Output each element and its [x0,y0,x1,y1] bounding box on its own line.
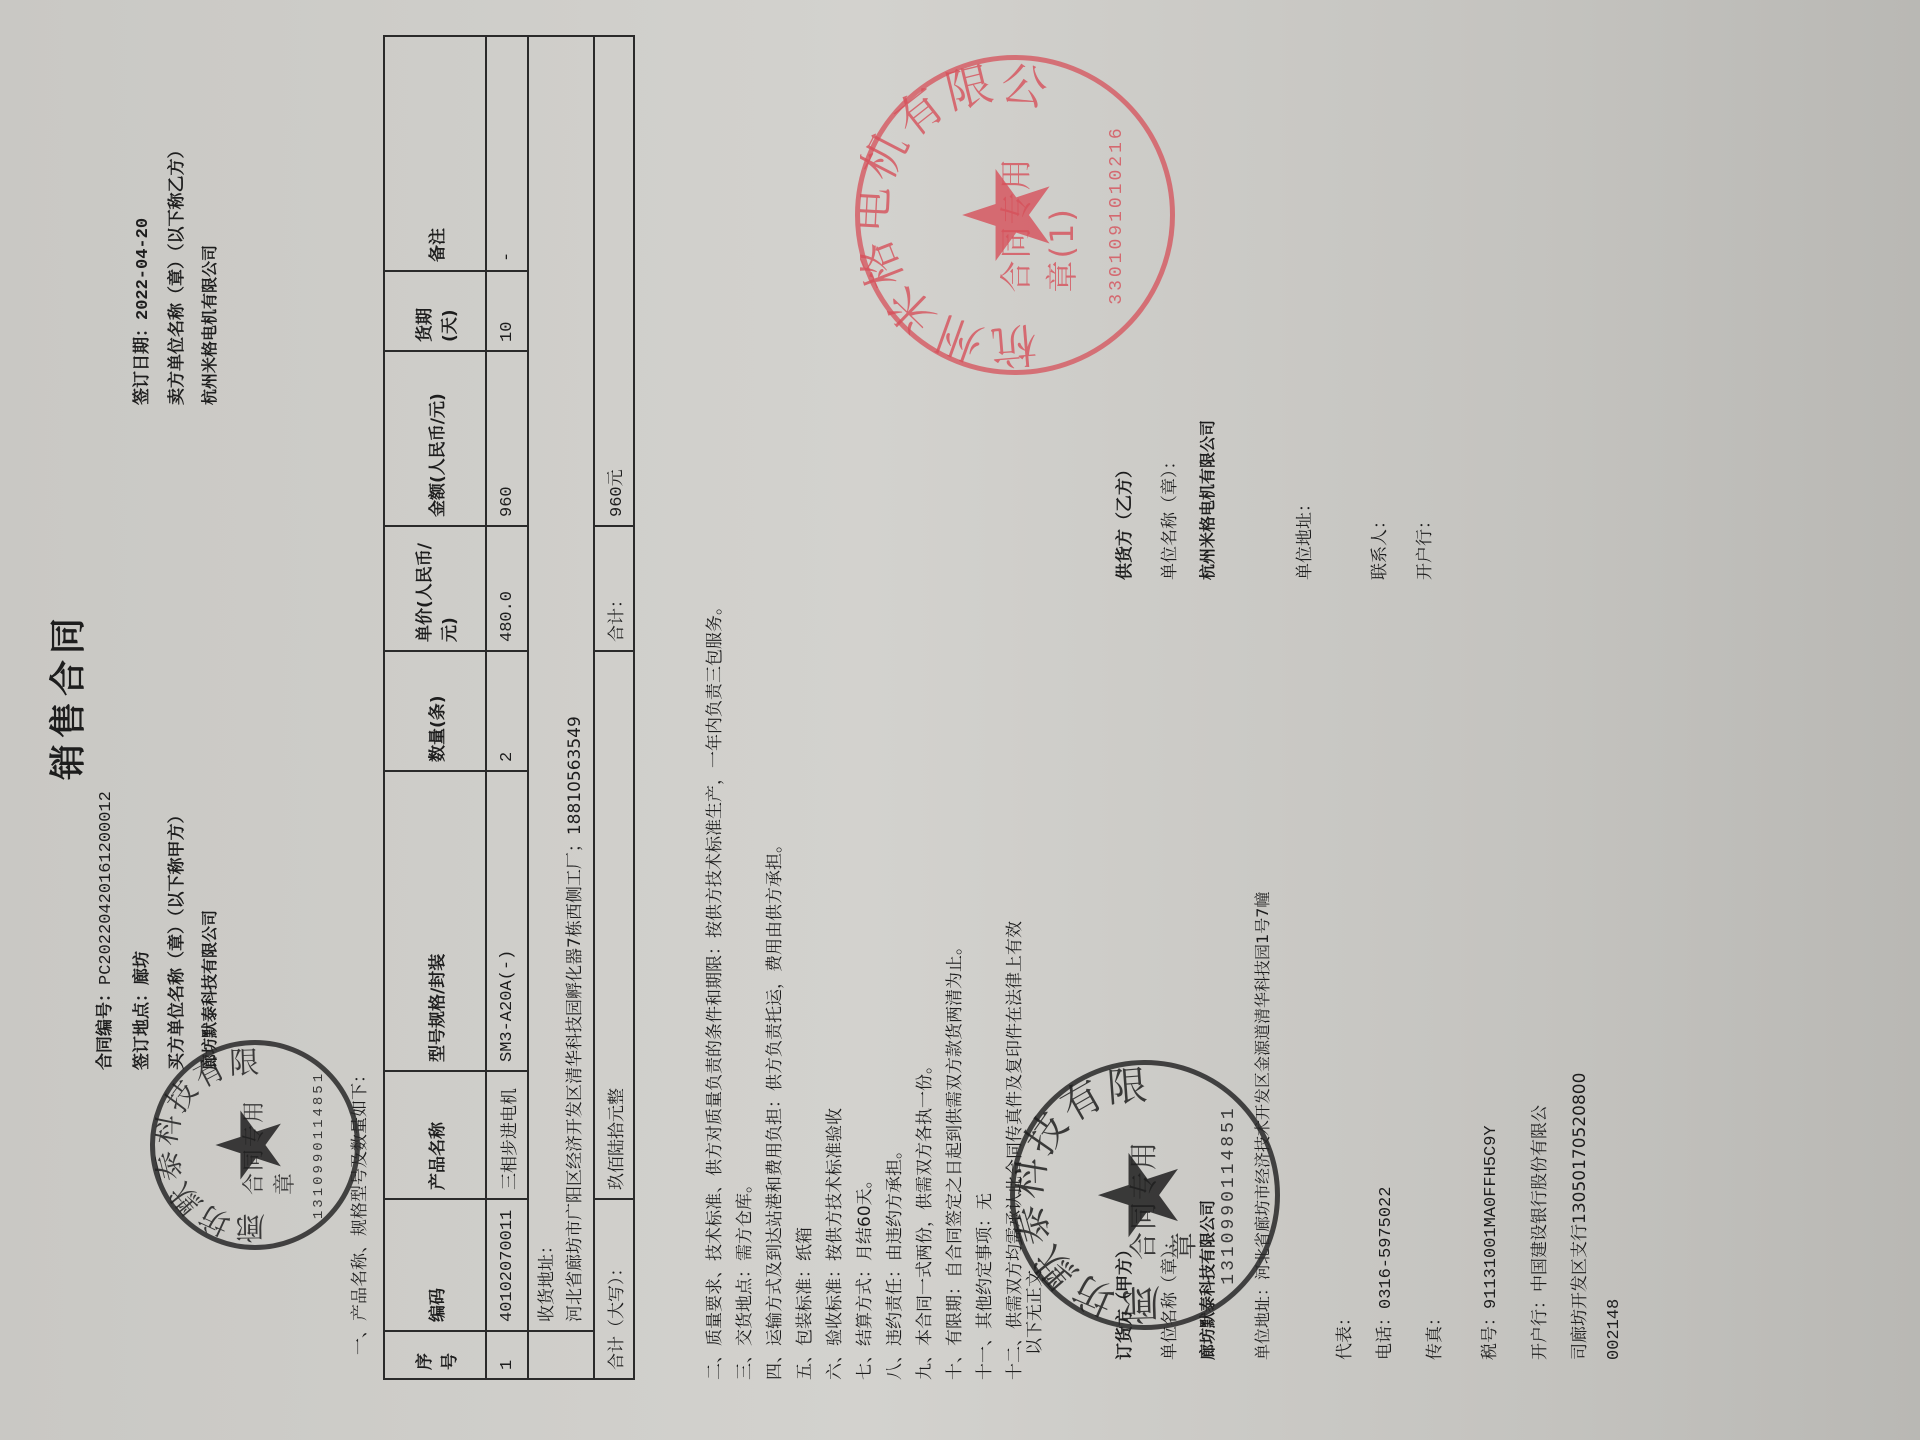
seller-contact-label: 联系人： [1365,512,1390,580]
total-upper-label: 合计（大写）： [594,1199,634,1379]
total-amount: 960元 [594,36,634,526]
stamp-star-icon: ★ [1085,1146,1195,1245]
clause-6: 六、验收标准：按供方技术标准验收 [820,598,850,1380]
buyer-bank-line2: 司廊坊开发区支行13050170520800 [1565,1073,1590,1360]
sign-place-row: 签订地点：廊坊 [127,951,152,1070]
col-name: 产品名称 [384,1071,486,1199]
buyer-bank-label: 开户行： [1530,1292,1550,1360]
cell-seq: 1 [486,1331,528,1379]
sign-place: 廊坊 [132,951,152,985]
sign-place-label: 签订地点： [132,985,152,1070]
stamp-use-text: 合同专用章 [237,1095,299,1195]
buyer-bank-row: 开户行：中国建设银行股份有限公 [1525,1105,1550,1360]
buyer-heading: 订货方（甲方） [1110,1241,1135,1360]
seller-label: 卖方单位名称（章）（以下称乙方） [162,142,187,406]
buyer-stamp-bottom: ★ 廊坊默泰科技有限公司 合同专用章 1310990114851 [1010,1060,1280,1330]
stamp-arc-text: 廊坊默泰科技有限公司 [155,1045,355,1245]
buyer-phone: 0316-5975022 [1377,1187,1396,1309]
seller-bank-label: 开户行： [1410,512,1435,580]
buyer-address-row: 单位地址：河北省廊坊市经济技术开发区金源道清华科技园1号7幢 [1250,892,1273,1360]
col-unit-price: 单价(人民币/元) [384,526,486,651]
contract-number-row: 合同编号：PC20220420161200012 [90,791,116,1070]
clause-11: 十一、其他约定事项：无 [970,598,1000,1380]
buyer-rep-label: 代表： [1330,1309,1355,1360]
seller-block-name: 杭州米格电机有限公司 [1195,420,1218,580]
end-note: 以下无正文 [1020,1270,1045,1355]
cell-model: SM3-A20A(-) [486,771,528,1071]
buyer-phone-row: 电话：0316-5975022 [1370,1187,1396,1360]
buyer-name-label: 单位名称（章）： [1155,1233,1180,1361]
seller-name-label: 单位名称（章）： [1155,453,1180,581]
section-1-title: 一、产品名称、规格型号及数量如下： [345,1066,370,1355]
buyer-fax-label: 传真： [1420,1309,1445,1360]
seller-stamp: ★ 杭州米格电机有限公司 合同专用章(1) 3301091010216 [855,55,1175,375]
delivery-address: 河北省廊坊市广阳区经济开发区清华科技园孵化器7栋西侧工厂；18810563549 [561,45,589,1322]
buyer-stamp-top: ★ 廊坊默泰科技有限公司 合同专用章 1310990114851 [150,1040,360,1250]
delivery-row: 收货地址： 河北省廊坊市广阳区经济开发区清华科技园孵化器7栋西侧工厂；18810… [528,36,594,1379]
stamp-number: 3301091010216 [1107,125,1127,304]
delivery-label: 收货地址： [533,45,561,1322]
cell-lead-days: 10 [486,271,528,351]
clause-9: 九、本合同一式两份，供需双方各执一份。 [910,598,940,1380]
buyer-address-label: 单位地址： [1253,1280,1272,1360]
total-row: 合计（大写）： 玖佰陆拾元整 合计： 960元 [594,36,634,1379]
table-row: 1 40102070011 三相步进电机 SM3-A20A(-) 2 480.0… [486,36,528,1379]
table-header-row: 序号 编码 产品名称 型号规格/封装 数量(条) 单价(人民币/元) 金额(人民… [384,36,486,1379]
col-lead-days: 货期(天) [384,271,486,351]
cell-unit-price: 480.0 [486,526,528,651]
clause-8: 八、违约责任：由违约方承担。 [880,598,910,1380]
svg-text:杭州米格电机有限公司: 杭州米格电机有限公司 [860,60,1055,370]
cell-name: 三相步进电机 [486,1071,528,1199]
col-seq: 序号 [384,1331,486,1379]
clause-2: 二、质量要求、技术标准、供方对质量负责的条件和期限：按供方技术标准生产，一年内负… [700,598,730,1380]
clause-12: 十二、供需双方均需承认此合同传真件及复印件在法律上有效 [1000,598,1030,1380]
buyer-tax-row: 税号：91131001MA0FFH5C9Y [1475,1125,1501,1360]
contract-page: 销售合同 合同编号：PC20220420161200012 签订地点：廊坊 买方… [0,0,1920,1440]
stamp-number: 1310990114851 [1219,1105,1239,1284]
clause-4: 四、运输方式及到达站港和费用负担：供方负责托运，费用由供方承担。 [760,598,790,1380]
buyer-name: 廊坊默泰科技有限公司 [197,910,220,1070]
stamp-use-text: 合同专用章(1) [991,138,1083,293]
sign-date: 2022-04-20 [134,218,153,320]
sign-date-row: 签订日期：2022-04-20 [127,218,153,405]
buyer-tax-label: 税号： [1480,1309,1500,1360]
total-label: 合计： [594,526,634,651]
stamp-arc-text: 廊坊默泰科技有限公司 [1015,1065,1275,1325]
cell-code: 40102070011 [486,1199,528,1331]
cell-amount: 960 [486,351,528,526]
buyer-phone-label: 电话： [1375,1309,1395,1360]
col-qty: 数量(条) [384,651,486,771]
buyer-bank-line1: 中国建设银行股份有限公 [1530,1105,1550,1292]
total-upper: 玖佰陆拾元整 [594,651,634,1199]
contract-number: PC20220420161200012 [97,791,116,985]
clause-7: 七、结算方式：月结60天。 [850,598,880,1380]
stamp-arc-text: 杭州米格电机有限公司 [860,60,1170,370]
seller-name: 杭州米格电机有限公司 [197,245,220,405]
seller-address-label: 单位地址： [1290,495,1315,580]
document-title: 销售合同 [40,612,91,780]
buyer-address: 河北省廊坊市经济技术开发区金源道清华科技园1号7幢 [1253,892,1272,1280]
clause-5: 五、包装标准：纸箱 [790,598,820,1380]
cell-remark: - [486,36,528,271]
stamp-number: 1310990114851 [311,1071,327,1219]
seller-heading: 供货方（乙方） [1110,461,1135,580]
items-table: 序号 编码 产品名称 型号规格/封装 数量(条) 单价(人民币/元) 金额(人民… [383,35,635,1380]
clause-10: 十、有限期：自合同签定之日起到供需双方款货两清为止。 [940,598,970,1380]
buyer-tax-no: 91131001MA0FFH5C9Y [1482,1125,1501,1309]
col-amount: 金额(人民币/元) [384,351,486,526]
sign-date-label: 签订日期： [132,320,152,405]
col-remark: 备注 [384,36,486,271]
stamp-star-icon: ★ [206,1105,296,1186]
cell-qty: 2 [486,651,528,771]
svg-text:廊坊默泰科技有限公司: 廊坊默泰科技有限公司 [155,1045,266,1245]
col-model: 型号规格/封装 [384,771,486,1071]
clauses-list: 二、质量要求、技术标准、供方对质量负责的条件和期限：按供方技术标准生产，一年内负… [700,598,1030,1380]
buyer-block-name: 廊坊默泰科技有限公司 [1195,1200,1218,1360]
stamp-star-icon: ★ [949,161,1069,269]
contract-number-label: 合同编号： [95,985,115,1070]
buyer-label: 买方单位名称（章）（以下称甲方） [162,807,187,1071]
buyer-bank-line3: 002148 [1605,1299,1624,1360]
col-code: 编码 [384,1199,486,1331]
clause-3: 三、交货地点：需方仓库。 [730,598,760,1380]
